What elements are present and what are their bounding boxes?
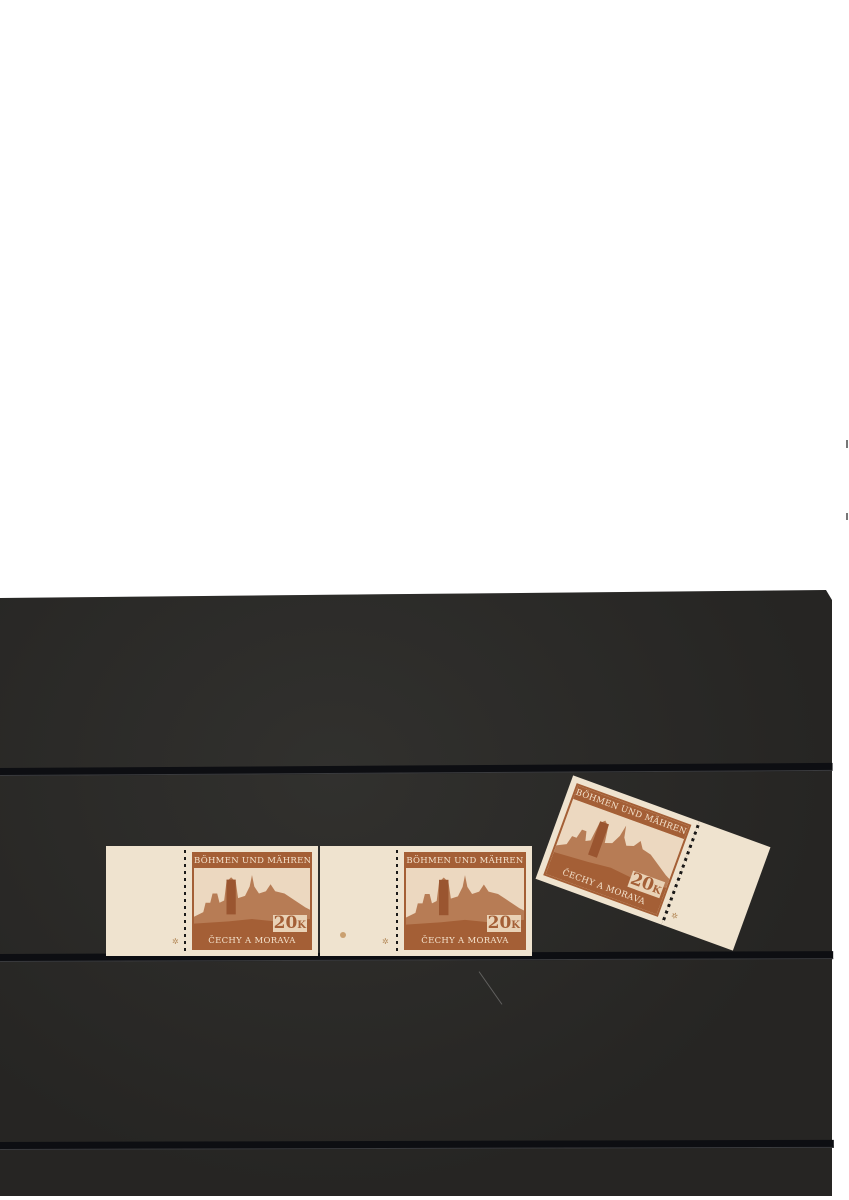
scan-mark bbox=[846, 440, 848, 448]
stamp-bottom-text: ČECHY A MORAVA bbox=[406, 934, 524, 948]
scan-mark bbox=[846, 513, 848, 520]
value-number: 20 bbox=[274, 913, 298, 933]
sheet-margin: ✲ bbox=[320, 846, 398, 956]
sheet-margin: ✲ bbox=[106, 846, 186, 956]
plate-star-icon: ✲ bbox=[382, 938, 389, 946]
value-number: 20 bbox=[488, 913, 512, 933]
stamp-with-margin-2[interactable]: ✲ BÖHMEN UND MÄHREN 20K ČECHY A MORAVA bbox=[320, 846, 532, 956]
face-value: 20K bbox=[273, 915, 307, 932]
face-value: 20K bbox=[487, 915, 521, 932]
plate-star-icon: ✲ bbox=[172, 938, 179, 946]
plate-star-icon: ✲ bbox=[670, 912, 679, 922]
stamp: BÖHMEN UND MÄHREN 20K ČECHY A MORAVA bbox=[186, 846, 318, 956]
stamp-with-margin-1[interactable]: ✲ BÖHMEN UND MÄHREN 20K ČECHY A MORAVA bbox=[106, 846, 318, 956]
stamp-top-text: BÖHMEN UND MÄHREN bbox=[406, 854, 524, 868]
stamp-bottom-text: ČECHY A MORAVA bbox=[194, 934, 310, 948]
stamp: BÖHMEN UND MÄHREN 20K ČECHY A MORAVA bbox=[398, 846, 532, 956]
plate-dot-icon bbox=[340, 932, 346, 938]
value-unit: K bbox=[297, 920, 306, 931]
stamp-top-text: BÖHMEN UND MÄHREN bbox=[194, 854, 310, 868]
value-unit: K bbox=[511, 920, 520, 931]
